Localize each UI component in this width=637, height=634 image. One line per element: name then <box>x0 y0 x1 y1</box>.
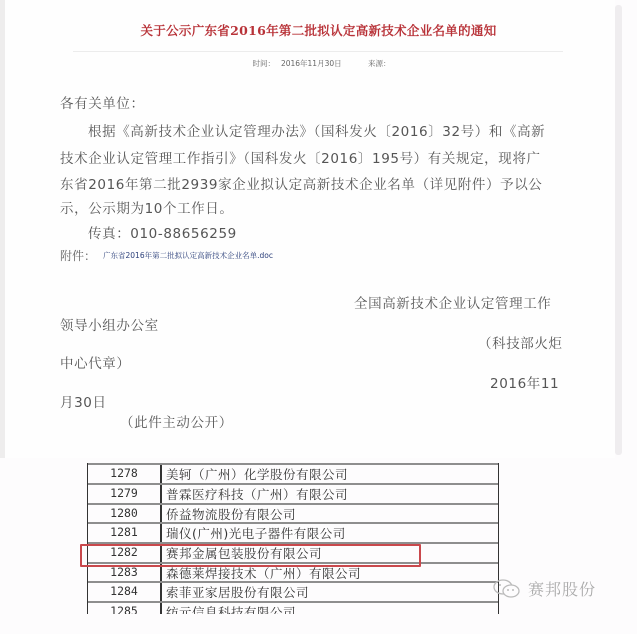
company-name: 纺元信息科技有限公司 <box>166 603 296 614</box>
salutation: 各有关单位： <box>60 92 145 112</box>
table-row: 1278 美轲（广州）化学股份有限公司 <box>88 463 498 483</box>
body-line-2: 技术企业认定管理工作指引》（国科发火〔2016〕195号）有关规定，现将广 <box>60 147 541 167</box>
signature-date-1: 2016年11 <box>490 372 559 392</box>
row-number: 1284 <box>88 584 160 598</box>
table-row: 1281 瑞仪(广州)光电子器件有限公司 <box>88 522 498 542</box>
row-number: 1278 <box>88 466 160 480</box>
company-name: 瑞仪(广州)光电子器件有限公司 <box>166 524 346 542</box>
attachment-link[interactable]: 广东省2016年第二批拟认定高新技术企业名单.doc <box>103 250 273 261</box>
table-row: 1284 索菲亚家居股份有限公司 <box>88 581 498 601</box>
fax-line: 传真：010-88656259 <box>88 222 237 242</box>
notice-meta: 时间：2016年11月30日 来源： <box>0 58 637 69</box>
row-number: 1279 <box>88 486 160 500</box>
row-number: 1280 <box>88 506 160 520</box>
company-name: 普霖医疗科技（广州）有限公司 <box>166 485 348 503</box>
body-line-3: 东省2016年第二批2939家企业拟认定高新技术企业名单（详见附件）予以公 <box>60 173 542 193</box>
company-name: 美轲（广州）化学股份有限公司 <box>166 465 348 483</box>
company-table: 1278 美轲（广州）化学股份有限公司 1279 普霖医疗科技（广州）有限公司 … <box>87 463 499 614</box>
highlight-box <box>80 544 421 567</box>
wechat-icon <box>492 578 522 600</box>
source-label: 来源： <box>368 59 391 68</box>
signature-line-2: 领导小组办公室 <box>60 314 159 334</box>
body-line-1: 根据《高新技术企业认定管理办法》（国科发火〔2016〕32号）和《高新 <box>88 120 545 140</box>
watermark-text: 赛邦股份 <box>528 577 596 600</box>
signature-line-1: 全国高新技术企业认定管理工作 <box>354 292 551 312</box>
row-number: 1285 <box>88 604 160 614</box>
notice-title: 关于公示广东省2016年第二批拟认定高新技术企业名单的通知 <box>0 21 637 39</box>
row-number: 1283 <box>88 565 160 579</box>
company-name: 侨益物流股份有限公司 <box>166 505 296 523</box>
scrollbar[interactable] <box>615 5 622 455</box>
watermark: 赛邦股份 <box>492 577 596 600</box>
table-row: 1285 纺元信息科技有限公司 <box>88 601 498 614</box>
body-line-4: 示，公示期为10个工作日。 <box>60 197 233 217</box>
signature-date-2: 月30日 <box>60 391 107 411</box>
attachment-label: 附件： <box>60 247 96 264</box>
table-row: 1279 普霖医疗科技（广州）有限公司 <box>88 483 498 503</box>
title-divider <box>73 51 563 52</box>
time-value: 2016年11月30日 <box>281 59 342 68</box>
signature-line-4: 中心代章） <box>60 352 131 372</box>
row-number: 1281 <box>88 525 160 539</box>
time-label-text: 时间： <box>252 59 275 68</box>
table-row: 1280 侨益物流股份有限公司 <box>88 503 498 523</box>
time-label: 时间：2016年11月30日 <box>246 59 341 68</box>
company-name: 索菲亚家居股份有限公司 <box>166 583 309 601</box>
signature-line-3: （科技部火炬 <box>478 332 563 352</box>
public-note: （此件主动公开） <box>120 411 233 431</box>
